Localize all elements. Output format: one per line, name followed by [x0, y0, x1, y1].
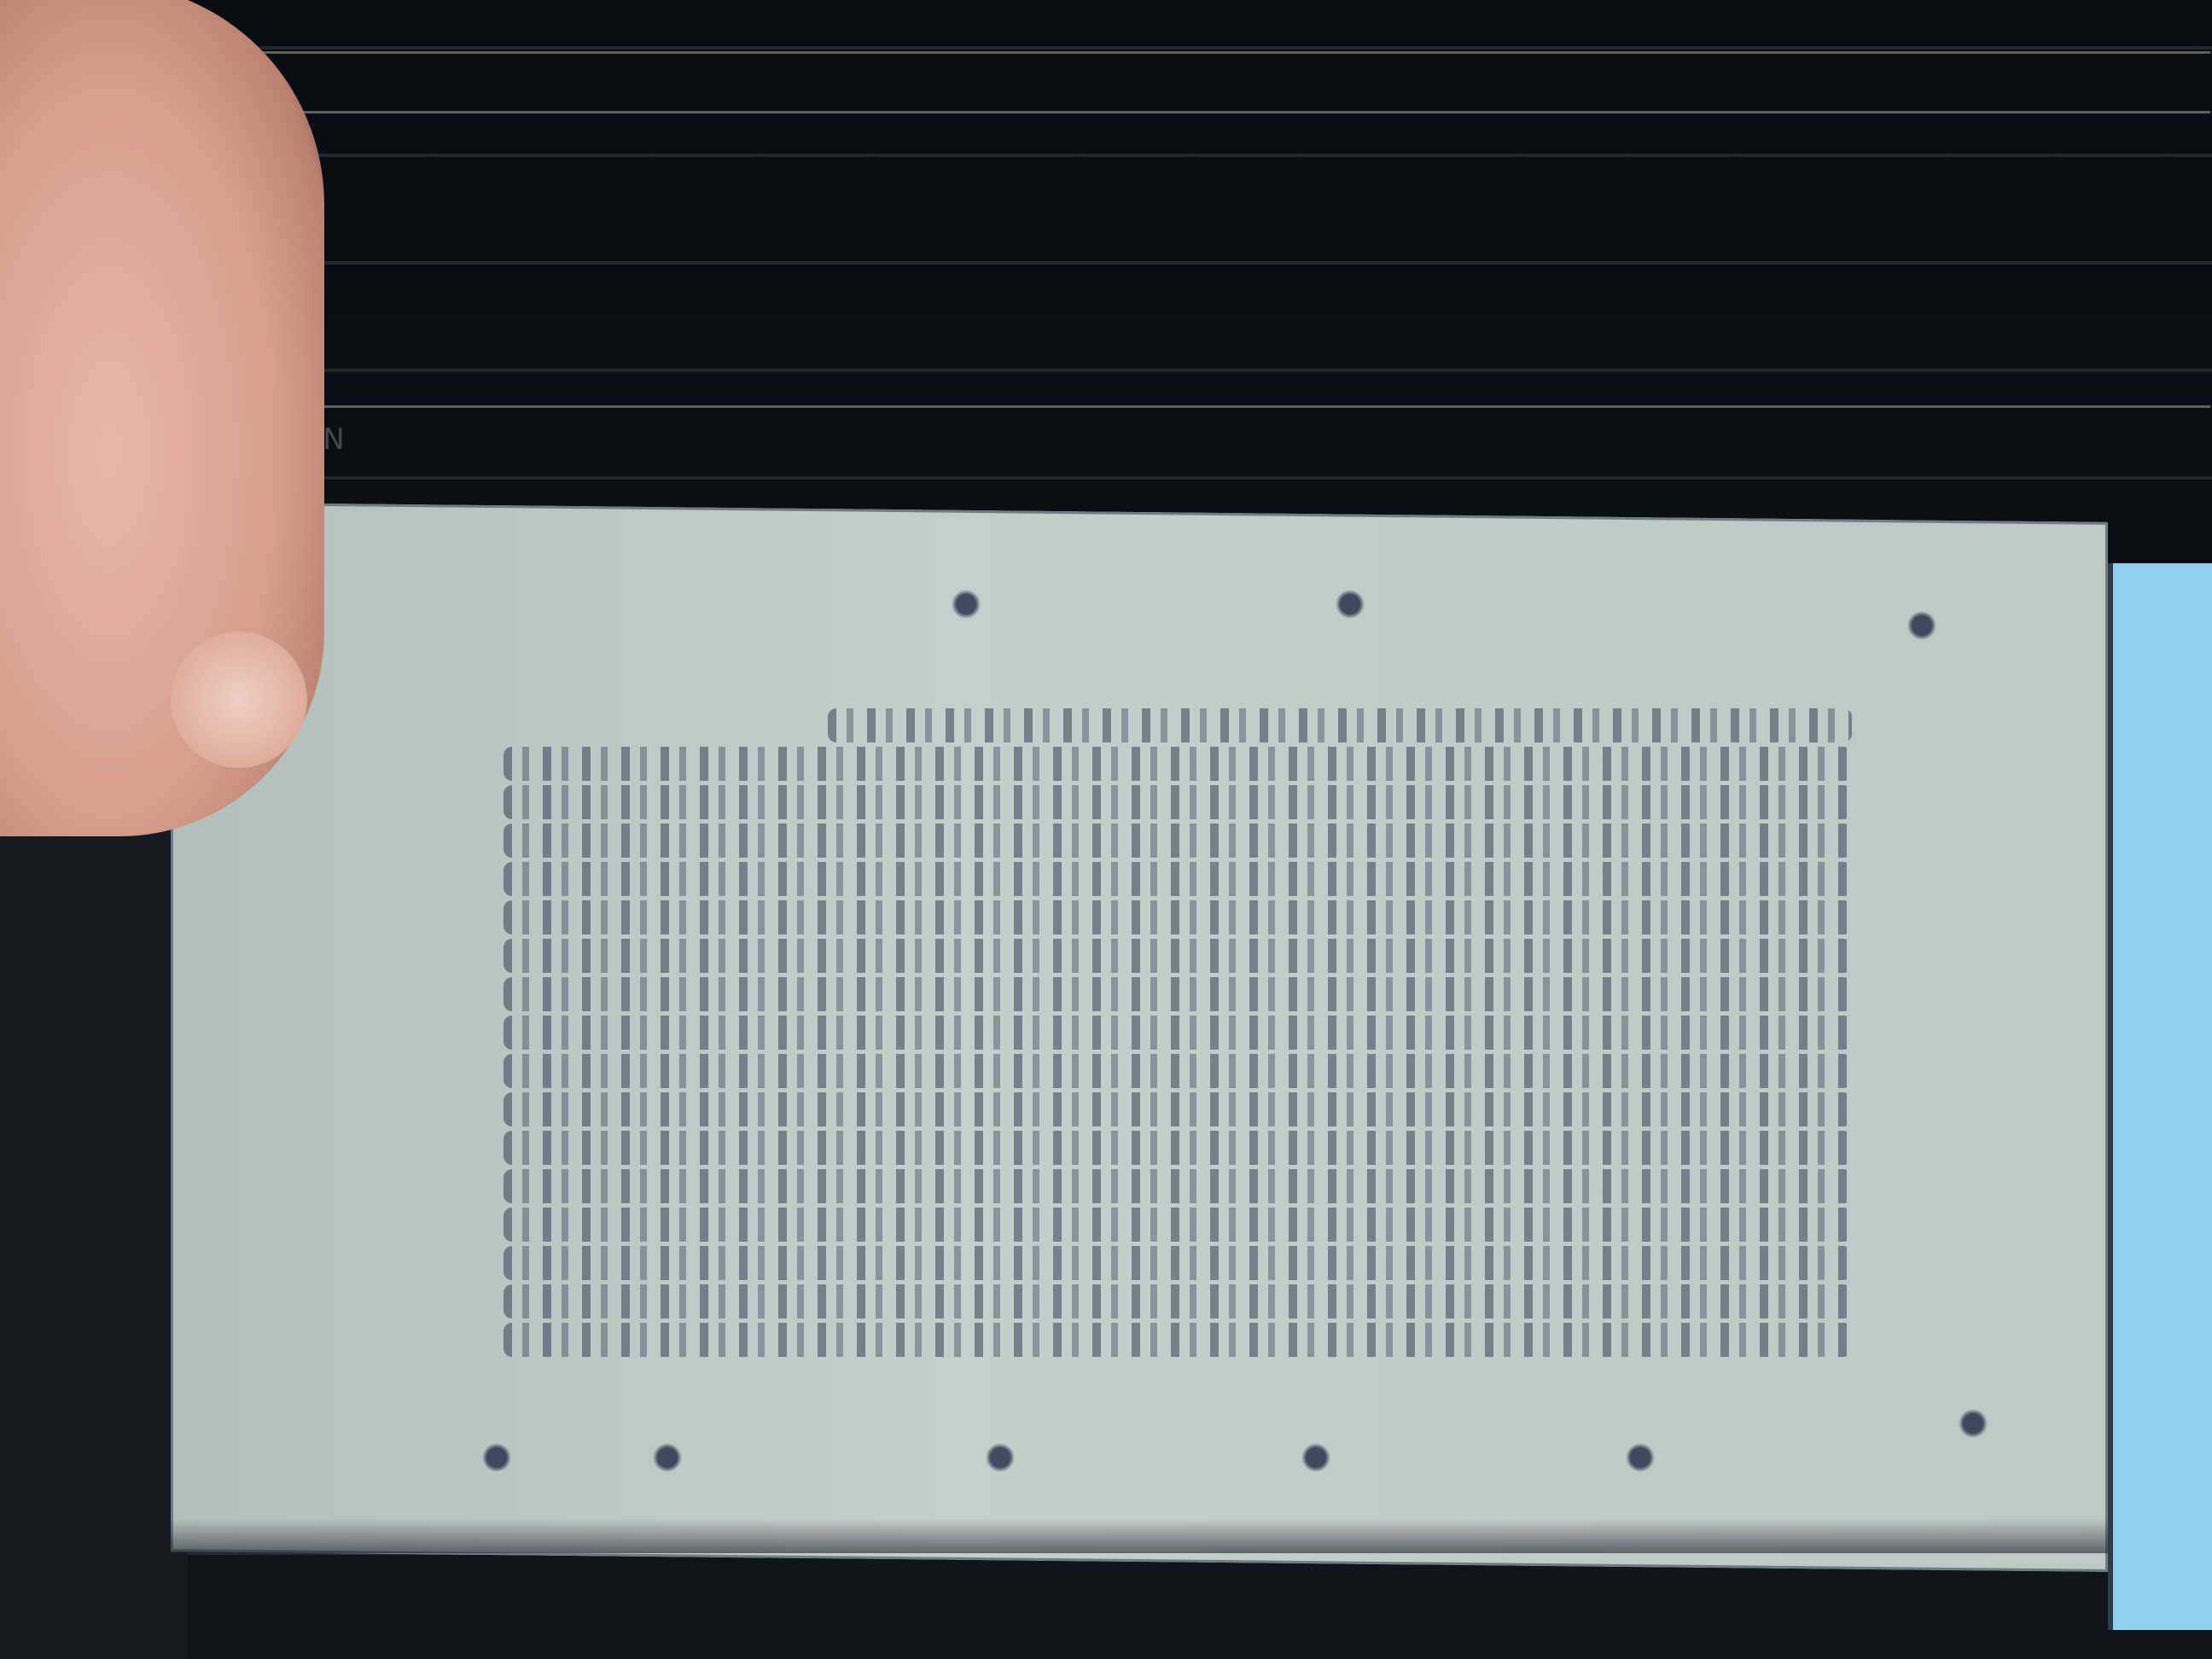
- margin-mark: [1903, 610, 1941, 641]
- text-line: [504, 1208, 1852, 1242]
- cloth-stripe: [128, 405, 2210, 408]
- margin-mark: [478, 1442, 515, 1473]
- margin-mark: [1331, 589, 1369, 620]
- lower-surface: [0, 819, 188, 1659]
- margin-mark: [1954, 1408, 1992, 1439]
- cloth-stripe: [128, 51, 2210, 54]
- text-line: [504, 1169, 1852, 1203]
- text-line: [504, 1323, 1852, 1357]
- book-cover-edge: [2108, 563, 2212, 1630]
- thumb: [171, 632, 307, 768]
- margin-mark: [981, 1442, 1019, 1473]
- text-line: [504, 1284, 1852, 1318]
- text-line: [504, 785, 1852, 819]
- text-line: [504, 900, 1852, 934]
- cloth-stripe: [128, 111, 2210, 114]
- text-line: [504, 1131, 1852, 1165]
- text-line: [504, 939, 1852, 973]
- text-line: [504, 1016, 1852, 1050]
- text-line: [504, 977, 1852, 1011]
- margin-mark: [947, 589, 985, 620]
- margin-mark: [1621, 1442, 1659, 1473]
- text-line: [504, 1092, 1852, 1126]
- margin-mark: [1297, 1442, 1335, 1473]
- text-line: [504, 747, 1852, 781]
- page-edge-shadow: [171, 1519, 2108, 1553]
- text-line: [828, 708, 1852, 742]
- manuscript-text-block: [504, 708, 1869, 1374]
- text-line: [504, 862, 1852, 896]
- text-line: [504, 1054, 1852, 1088]
- text-line: [504, 824, 1852, 858]
- margin-mark: [649, 1442, 686, 1473]
- text-line: [504, 1246, 1852, 1280]
